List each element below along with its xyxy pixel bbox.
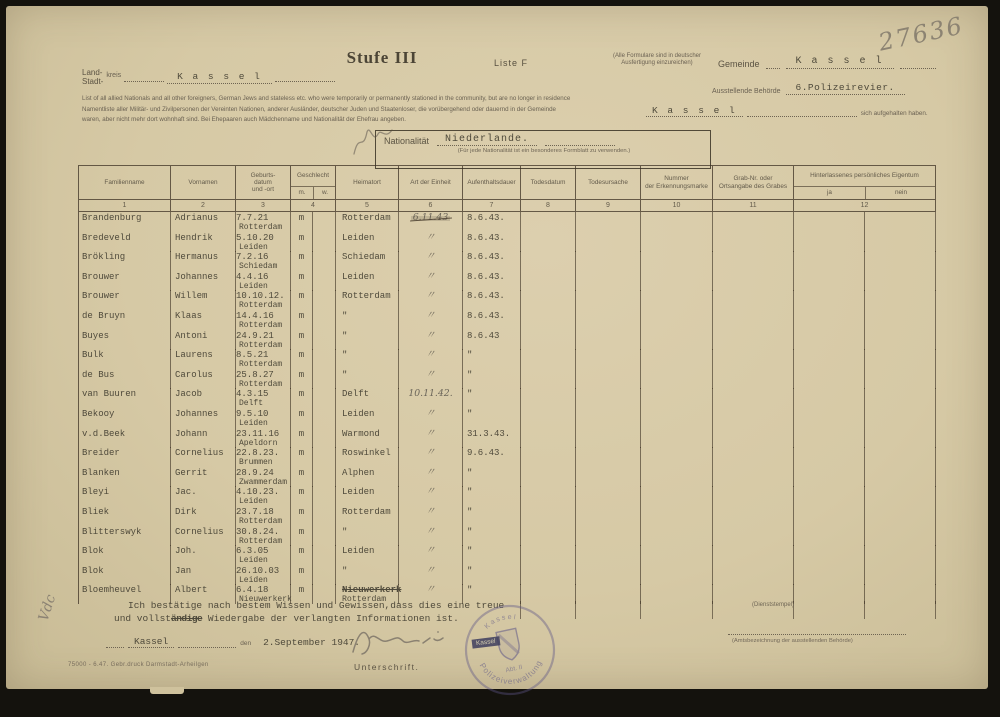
- cell-eigentum-ja: [794, 584, 865, 604]
- cell-familienname: de Bruyn: [79, 310, 171, 330]
- cell-vornamen: Antoni: [171, 330, 236, 350]
- col-header-art-der-einheit: Art der Einheit: [399, 166, 463, 199]
- cell-grab: [713, 349, 794, 369]
- table-row: Bleyi Jac. 4.10.23.Leiden m Leiden 〃 ": [79, 486, 936, 506]
- cell-vornamen: Jan: [171, 565, 236, 585]
- eigentum-label: Hinterlassenes persönliches Eigentum: [810, 166, 919, 186]
- cell-aufenthaltsdauer: 31.3.43.: [463, 428, 521, 448]
- dotted-line: [900, 59, 936, 69]
- col-header-vornamen: Vornamen: [171, 166, 236, 199]
- cell-geschlecht-m: m: [291, 388, 313, 408]
- cell-todesursache: [576, 486, 641, 506]
- cell-erkennungsmarke: [641, 310, 713, 330]
- cell-eigentum-ja: [794, 408, 865, 428]
- cell-heimatort: Roswinkel: [336, 447, 399, 467]
- cell-todesursache: [576, 584, 641, 604]
- geschlecht-subheader: m. w.: [291, 186, 335, 199]
- kreis-value: K a s s e l: [167, 71, 272, 84]
- cell-geschlecht-m: m: [291, 310, 313, 330]
- cell-todesdatum: [521, 310, 576, 330]
- cell-geschlecht-m: m: [291, 447, 313, 467]
- cell-grab: [713, 428, 794, 448]
- cell-grab: [713, 388, 794, 408]
- dienststempel-label: (Dienststempel): [752, 602, 794, 608]
- cell-familienname: v.d.Beek: [79, 428, 171, 448]
- cell-grab: [713, 271, 794, 291]
- cell-todesursache: [576, 271, 641, 291]
- table-row: Blitterswyk Cornelius 30.8.24.Rotterdam …: [79, 526, 936, 546]
- cell-geburtsdatum-ort: 5.10.20Leiden: [236, 232, 291, 252]
- cell-art-der-einheit: 〃: [399, 330, 463, 350]
- cell-geburtsdatum-ort: 7.7.21Rotterdam: [236, 212, 291, 232]
- cell-geschlecht-w: [313, 271, 336, 291]
- cell-eigentum-nein: [865, 565, 936, 585]
- cell-todesursache: [576, 447, 641, 467]
- cell-todesursache: [576, 428, 641, 448]
- cell-eigentum-nein: [865, 330, 936, 350]
- nationality-label: Nationalität: [384, 136, 429, 146]
- cell-heimatort: Warmond: [336, 428, 399, 448]
- col-header-erkennungsmarke: Nummer der Erkennungsmarke: [641, 166, 713, 199]
- col-header-todesdatum: Todesdatum: [521, 166, 576, 199]
- cell-erkennungsmarke: [641, 545, 713, 565]
- cell-todesdatum: [521, 526, 576, 546]
- cell-eigentum-ja: [794, 349, 865, 369]
- cell-eigentum-ja: [794, 330, 865, 350]
- cell-erkennungsmarke: [641, 290, 713, 310]
- cell-familienname: Buyes: [79, 330, 171, 350]
- cell-geschlecht-w: [313, 565, 336, 585]
- cell-art-der-einheit: 6.11.43: [399, 212, 463, 232]
- gemeinde-value: K a s s e l: [786, 56, 894, 69]
- cell-heimatort: Delft: [336, 388, 399, 408]
- cell-geburtsdatum-ort: 6.3.05Leiden: [236, 545, 291, 565]
- cell-art-der-einheit: 〃: [399, 310, 463, 330]
- form-title: Stufe III: [334, 48, 430, 68]
- cell-eigentum-ja: [794, 506, 865, 526]
- cell-aufenthaltsdauer: ": [463, 349, 521, 369]
- cell-art-der-einheit: 〃: [399, 349, 463, 369]
- cell-vornamen: Willem: [171, 290, 236, 310]
- gemeinde-label: Gemeinde: [718, 59, 760, 69]
- form-note-line2: Ausfertigung einzureichen): [584, 60, 730, 67]
- intro-paragraph: List of all allied Nationals and all oth…: [82, 94, 638, 126]
- cell-aufenthaltsdauer: 8.6.43.: [463, 232, 521, 252]
- cell-aufenthaltsdauer: ": [463, 369, 521, 389]
- cell-erkennungsmarke: [641, 349, 713, 369]
- col-header-familienname: Familienname: [79, 166, 171, 199]
- cell-art-der-einheit: 〃: [399, 447, 463, 467]
- cell-art-der-einheit: 10.11.42.: [399, 388, 463, 408]
- cell-familienname: Brouwer: [79, 271, 171, 291]
- document-paper: 27636 Stufe III Liste F (Alle Formulare …: [6, 6, 988, 689]
- col-num-11: 11: [713, 200, 794, 211]
- kreis-names: Land- Stadt-: [82, 68, 103, 86]
- column-line-extension: [640, 601, 641, 619]
- cell-geschlecht-w: [313, 369, 336, 389]
- dotted-line: [124, 72, 164, 82]
- dotted-line: [545, 136, 615, 146]
- cell-erkennungsmarke: [641, 467, 713, 487]
- cell-vornamen: Joh.: [171, 545, 236, 565]
- table-row: Bekooy Johannes 9.5.10Leiden m Leiden 〃 …: [79, 408, 936, 428]
- col-header-geburtsdatum: Geburts- datum und -ort: [236, 166, 291, 199]
- nationality-line: Nationalität Niederlande.: [384, 134, 704, 146]
- cell-geschlecht-w: [313, 545, 336, 565]
- handwritten-serial-number: 27636: [876, 11, 966, 56]
- column-line-extension: [712, 601, 713, 619]
- table-row: Blanken Gerrit 28.9.24Zwammerdam m Alphe…: [79, 467, 936, 487]
- cell-todesdatum: [521, 349, 576, 369]
- cell-geburtsdatum-ort: 7.2.16Schiedam: [236, 251, 291, 271]
- unterschrift-label: Unterschrift.: [354, 662, 419, 672]
- intro-line2: Namentliste aller Militär- und Zivilpers…: [82, 105, 638, 116]
- cell-eigentum-ja: [794, 565, 865, 585]
- cell-art-der-einheit: 〃: [399, 526, 463, 546]
- col-header-heimatort: Heimatort: [336, 166, 399, 199]
- cell-eigentum-nein: [865, 467, 936, 487]
- cell-todesdatum: [521, 290, 576, 310]
- cell-eigentum-nein: [865, 486, 936, 506]
- cell-todesursache: [576, 388, 641, 408]
- cell-geschlecht-m: m: [291, 408, 313, 428]
- cell-grab: [713, 310, 794, 330]
- cell-heimatort: ": [336, 349, 399, 369]
- cell-geschlecht-m: m: [291, 232, 313, 252]
- cell-heimatort: Leiden: [336, 408, 399, 428]
- cell-todesdatum: [521, 271, 576, 291]
- cell-erkennungsmarke: [641, 408, 713, 428]
- cell-geburtsdatum-ort: 9.5.10Leiden: [236, 408, 291, 428]
- cell-eigentum-nein: [865, 369, 936, 389]
- cell-eigentum-ja: [794, 486, 865, 506]
- table-row: Bliek Dirk 23.7.18Rotterdam m Rotterdam …: [79, 506, 936, 526]
- cell-heimatort: ": [336, 526, 399, 546]
- cell-todesdatum: [521, 545, 576, 565]
- cell-heimatort: Leiden: [336, 271, 399, 291]
- cell-vornamen: Jac.: [171, 486, 236, 506]
- table-row: de Bus Carolus 25.8.27Rotterdam m " 〃 ": [79, 369, 936, 389]
- cell-geschlecht-m: m: [291, 271, 313, 291]
- cell-erkennungsmarke: [641, 212, 713, 232]
- cell-vornamen: Adrianus: [171, 212, 236, 232]
- form-note: (Alle Formulare sind in deutscher Ausfer…: [584, 53, 730, 67]
- amts-label: (Amtsbezeichnung der ausstellenden Behör…: [732, 638, 853, 644]
- cell-eigentum-ja: [794, 271, 865, 291]
- cell-heimatort: Schiedam: [336, 251, 399, 271]
- col-num-12: 12: [794, 200, 936, 211]
- cell-geschlecht-m: m: [291, 506, 313, 526]
- cell-eigentum-nein: [865, 232, 936, 252]
- cell-geschlecht-m: m: [291, 290, 313, 310]
- cell-erkennungsmarke: [641, 447, 713, 467]
- cell-todesdatum: [521, 212, 576, 232]
- col-num-4: 4: [291, 200, 336, 211]
- cell-geschlecht-m: m: [291, 369, 313, 389]
- cell-vornamen: Hendrik: [171, 232, 236, 252]
- cell-vornamen: Carolus: [171, 369, 236, 389]
- cell-eigentum-ja: [794, 428, 865, 448]
- cell-heimatort: Leiden: [336, 232, 399, 252]
- cell-todesdatum: [521, 330, 576, 350]
- cell-grab: [713, 467, 794, 487]
- cell-geschlecht-m: m: [291, 428, 313, 448]
- cell-eigentum-ja: [794, 212, 865, 232]
- geschlecht-m-label: m.: [291, 187, 313, 199]
- cell-todesursache: [576, 349, 641, 369]
- table-body: Brandenburg Adrianus 7.7.21Rotterdam m R…: [79, 212, 936, 604]
- table-row: Breider Cornelius 22.8.23.Brummen m Rosw…: [79, 447, 936, 467]
- cell-todesursache: [576, 565, 641, 585]
- cell-grab: [713, 486, 794, 506]
- geschlecht-w-label: w.: [313, 187, 336, 199]
- gemeinde-inline-suffix: sich aufgehalten haben.: [861, 110, 928, 117]
- table-row: Brouwer Johannes 4.4.16Leiden m Leiden 〃…: [79, 271, 936, 291]
- liste-label: Liste F: [494, 58, 528, 68]
- cell-vornamen: Cornelius: [171, 526, 236, 546]
- cell-geschlecht-w: [313, 232, 336, 252]
- cell-heimatort: ": [336, 565, 399, 585]
- cell-geschlecht-w: [313, 467, 336, 487]
- cell-erkennungsmarke: [641, 526, 713, 546]
- cell-erkennungsmarke: [641, 271, 713, 291]
- cell-erkennungsmarke: [641, 388, 713, 408]
- table-row: Blok Joh. 6.3.05Leiden m Leiden 〃 ": [79, 545, 936, 565]
- cell-eigentum-nein: [865, 506, 936, 526]
- cell-geschlecht-m: m: [291, 565, 313, 585]
- col-num-5: 5: [336, 200, 399, 211]
- printer-note: 75000 - 6.47. Gebr.druck Darmstadt-Arhei…: [68, 662, 209, 668]
- cell-erkennungsmarke: [641, 330, 713, 350]
- kreis-field: Land- Stadt- kreis K a s s e l: [82, 68, 335, 86]
- cell-eigentum-nein: [865, 271, 936, 291]
- cell-art-der-einheit: 〃: [399, 545, 463, 565]
- cell-eigentum-ja: [794, 232, 865, 252]
- dotted-line: [275, 72, 335, 82]
- den-label: den: [240, 640, 251, 648]
- cell-vornamen: Johannes: [171, 271, 236, 291]
- cell-eigentum-nein: [865, 447, 936, 467]
- cell-todesdatum: [521, 369, 576, 389]
- cell-art-der-einheit: 〃: [399, 565, 463, 585]
- gemeinde-field: Gemeinde K a s s e l: [718, 56, 936, 69]
- cell-geburtsdatum-ort: 4.4.16Leiden: [236, 271, 291, 291]
- cell-geburtsdatum-ort: 26.10.03Leiden: [236, 565, 291, 585]
- cell-vornamen: Laurens: [171, 349, 236, 369]
- cell-erkennungsmarke: [641, 506, 713, 526]
- cell-heimatort: ": [336, 330, 399, 350]
- column-line-extension: [864, 601, 865, 619]
- cell-geburtsdatum-ort: 10.10.12.Rotterdam: [236, 290, 291, 310]
- cell-familienname: Bekooy: [79, 408, 171, 428]
- cell-todesdatum: [521, 428, 576, 448]
- cell-eigentum-ja: [794, 447, 865, 467]
- cell-erkennungsmarke: [641, 369, 713, 389]
- cell-geschlecht-w: [313, 388, 336, 408]
- cell-erkennungsmarke: [641, 428, 713, 448]
- cell-geburtsdatum-ort: 23.11.16Apeldorn: [236, 428, 291, 448]
- cell-grab: [713, 290, 794, 310]
- cell-geschlecht-w: [313, 506, 336, 526]
- persons-table: Familienname Vornamen Geburts- datum und…: [78, 165, 936, 604]
- table-row: Brouwer Willem 10.10.12.Rotterdam m Rott…: [79, 290, 936, 310]
- col-header-grab: Grab-Nr. oder Ortsangabe des Grabes: [713, 166, 794, 199]
- geschlecht-label: Geschlecht: [297, 166, 329, 186]
- table-row: Brökling Hermanus 7.2.16Schiedam m Schie…: [79, 251, 936, 271]
- cell-eigentum-ja: [794, 467, 865, 487]
- cell-aufenthaltsdauer: ": [463, 467, 521, 487]
- cell-aufenthaltsdauer: 8.6.43.: [463, 271, 521, 291]
- cell-erkennungsmarke: [641, 584, 713, 604]
- cell-todesdatum: [521, 408, 576, 428]
- dotted-line: [106, 638, 124, 648]
- eigentum-ja-label: ja: [794, 187, 865, 199]
- cell-familienname: de Bus: [79, 369, 171, 389]
- nationality-box: Nationalität Niederlande. (Für jede Nati…: [375, 130, 711, 169]
- cell-todesursache: [576, 526, 641, 546]
- cell-art-der-einheit: 〃: [399, 271, 463, 291]
- cell-familienname: Blanken: [79, 467, 171, 487]
- cell-todesursache: [576, 506, 641, 526]
- cell-grab: [713, 408, 794, 428]
- cell-eigentum-ja: [794, 526, 865, 546]
- cell-erkennungsmarke: [641, 251, 713, 271]
- cell-familienname: Blok: [79, 565, 171, 585]
- cell-todesdatum: [521, 565, 576, 585]
- cell-geschlecht-w: [313, 212, 336, 232]
- cell-eigentum-ja: [794, 388, 865, 408]
- col-num-10: 10: [641, 200, 713, 211]
- cell-geburtsdatum-ort: 4.3.15Delft: [236, 388, 291, 408]
- table-row: van Buuren Jacob 4.3.15Delft m Delft 10.…: [79, 388, 936, 408]
- cell-geschlecht-w: [313, 290, 336, 310]
- cell-grab: [713, 330, 794, 350]
- cell-geburtsdatum-ort: 30.8.24.Rotterdam: [236, 526, 291, 546]
- cell-todesursache: [576, 212, 641, 232]
- cell-heimatort: Rotterdam: [336, 506, 399, 526]
- cell-aufenthaltsdauer: 8.6.43.: [463, 251, 521, 271]
- behoerde-label: Ausstellende Behörde: [712, 88, 781, 95]
- cell-familienname: Blok: [79, 545, 171, 565]
- cell-aufenthaltsdauer: ": [463, 526, 521, 546]
- cell-todesursache: [576, 467, 641, 487]
- cell-vornamen: Gerrit: [171, 467, 236, 487]
- cell-aufenthaltsdauer: 8.6.43.: [463, 310, 521, 330]
- cell-geburtsdatum-ort: 4.10.23.Leiden: [236, 486, 291, 506]
- cell-aufenthaltsdauer: ": [463, 486, 521, 506]
- cell-vornamen: Hermanus: [171, 251, 236, 271]
- kreis-suffix: kreis: [106, 72, 121, 79]
- table-header-labels: Familienname Vornamen Geburts- datum und…: [79, 166, 936, 200]
- behoerde-field: Ausstellende Behörde 6.Polizeirevier.: [712, 82, 905, 95]
- col-header-eigentum: Hinterlassenes persönliches Eigentum ja …: [794, 166, 936, 199]
- cell-eigentum-ja: [794, 251, 865, 271]
- cell-aufenthaltsdauer: 8.6.43: [463, 330, 521, 350]
- cell-aufenthaltsdauer: ": [463, 545, 521, 565]
- cell-eigentum-nein: [865, 251, 936, 271]
- cell-eigentum-nein: [865, 212, 936, 232]
- cell-todesursache: [576, 330, 641, 350]
- table-row: de Bruyn Klaas 14.4.16Rotterdam m " 〃 8.…: [79, 310, 936, 330]
- cell-todesursache: [576, 290, 641, 310]
- scan-background: { "page": { "serial_handwritten": "27636…: [0, 0, 1000, 717]
- overstruck-word: ändige: [171, 613, 202, 624]
- table-row: Brandenburg Adrianus 7.7.21Rotterdam m R…: [79, 212, 936, 232]
- cell-art-der-einheit: 〃: [399, 408, 463, 428]
- land-label: Land-: [82, 68, 103, 77]
- cell-eigentum-nein: [865, 526, 936, 546]
- table-row: v.d.Beek Johann 23.11.16Apeldorn m Warmo…: [79, 428, 936, 448]
- cell-eigentum-ja: [794, 545, 865, 565]
- police-round-stamp: Polizeiverwaltung Kassel Abt. II: [453, 593, 567, 707]
- cell-aufenthaltsdauer: ": [463, 565, 521, 585]
- cell-geschlecht-w: [313, 408, 336, 428]
- eigentum-subheader: ja nein: [794, 186, 935, 199]
- dotted-line: [766, 59, 780, 69]
- behoerde-value: 6.Polizeirevier.: [786, 82, 905, 95]
- cell-familienname: Blitterswyk: [79, 526, 171, 546]
- col-header-geschlecht: Geschlecht m. w.: [291, 166, 336, 199]
- cell-todesdatum: [521, 486, 576, 506]
- cell-geschlecht-m: m: [291, 251, 313, 271]
- cell-art-der-einheit: 〃: [399, 369, 463, 389]
- cell-eigentum-nein: [865, 349, 936, 369]
- cell-geschlecht-w: [313, 310, 336, 330]
- cell-familienname: van Buuren: [79, 388, 171, 408]
- cell-art-der-einheit: 〃: [399, 232, 463, 252]
- cell-eigentum-ja: [794, 290, 865, 310]
- cell-eigentum-nein: [865, 310, 936, 330]
- cell-geschlecht-w: [313, 526, 336, 546]
- cell-grab: [713, 565, 794, 585]
- cell-todesdatum: [521, 232, 576, 252]
- cell-eigentum-nein: [865, 584, 936, 604]
- cell-geschlecht-m: m: [291, 545, 313, 565]
- col-num-9: 9: [576, 200, 641, 211]
- table-row: Buyes Antoni 24.9.21Rotterdam m " 〃 8.6.…: [79, 330, 936, 350]
- cell-geburtsdatum-ort: 25.8.27Rotterdam: [236, 369, 291, 389]
- cell-aufenthaltsdauer: ": [463, 408, 521, 428]
- cell-geburtsdatum-ort: 8.5.21Rotterdam: [236, 349, 291, 369]
- dotted-line: [178, 638, 236, 648]
- cell-geschlecht-m: m: [291, 212, 313, 232]
- cell-erkennungsmarke: [641, 486, 713, 506]
- col-header-aufenthaltsdauer: Aufenthaltsdauer: [463, 166, 521, 199]
- paper-edge-tab: [150, 687, 184, 694]
- cell-geburtsdatum-ort: 24.9.21Rotterdam: [236, 330, 291, 350]
- cell-vornamen: Johannes: [171, 408, 236, 428]
- cell-grab: [713, 506, 794, 526]
- cell-art-der-einheit: 〃: [399, 428, 463, 448]
- cell-eigentum-nein: [865, 388, 936, 408]
- cell-familienname: Bliek: [79, 506, 171, 526]
- cell-todesdatum: [521, 251, 576, 271]
- cell-vornamen: Klaas: [171, 310, 236, 330]
- cell-familienname: Bulk: [79, 349, 171, 369]
- dotted-line: [747, 107, 857, 117]
- cell-geschlecht-w: [313, 251, 336, 271]
- cell-geschlecht-m: m: [291, 486, 313, 506]
- cell-eigentum-nein: [865, 545, 936, 565]
- cell-familienname: Bleyi: [79, 486, 171, 506]
- cell-todesursache: [576, 310, 641, 330]
- cell-geschlecht-m: m: [291, 349, 313, 369]
- col-num-8: 8: [521, 200, 576, 211]
- intro-line1: List of all allied Nationals and all oth…: [82, 94, 638, 105]
- table-row: Blok Jan 26.10.03Leiden m " 〃 ": [79, 565, 936, 585]
- cell-eigentum-ja: [794, 369, 865, 389]
- eigentum-nein-label: nein: [865, 187, 936, 199]
